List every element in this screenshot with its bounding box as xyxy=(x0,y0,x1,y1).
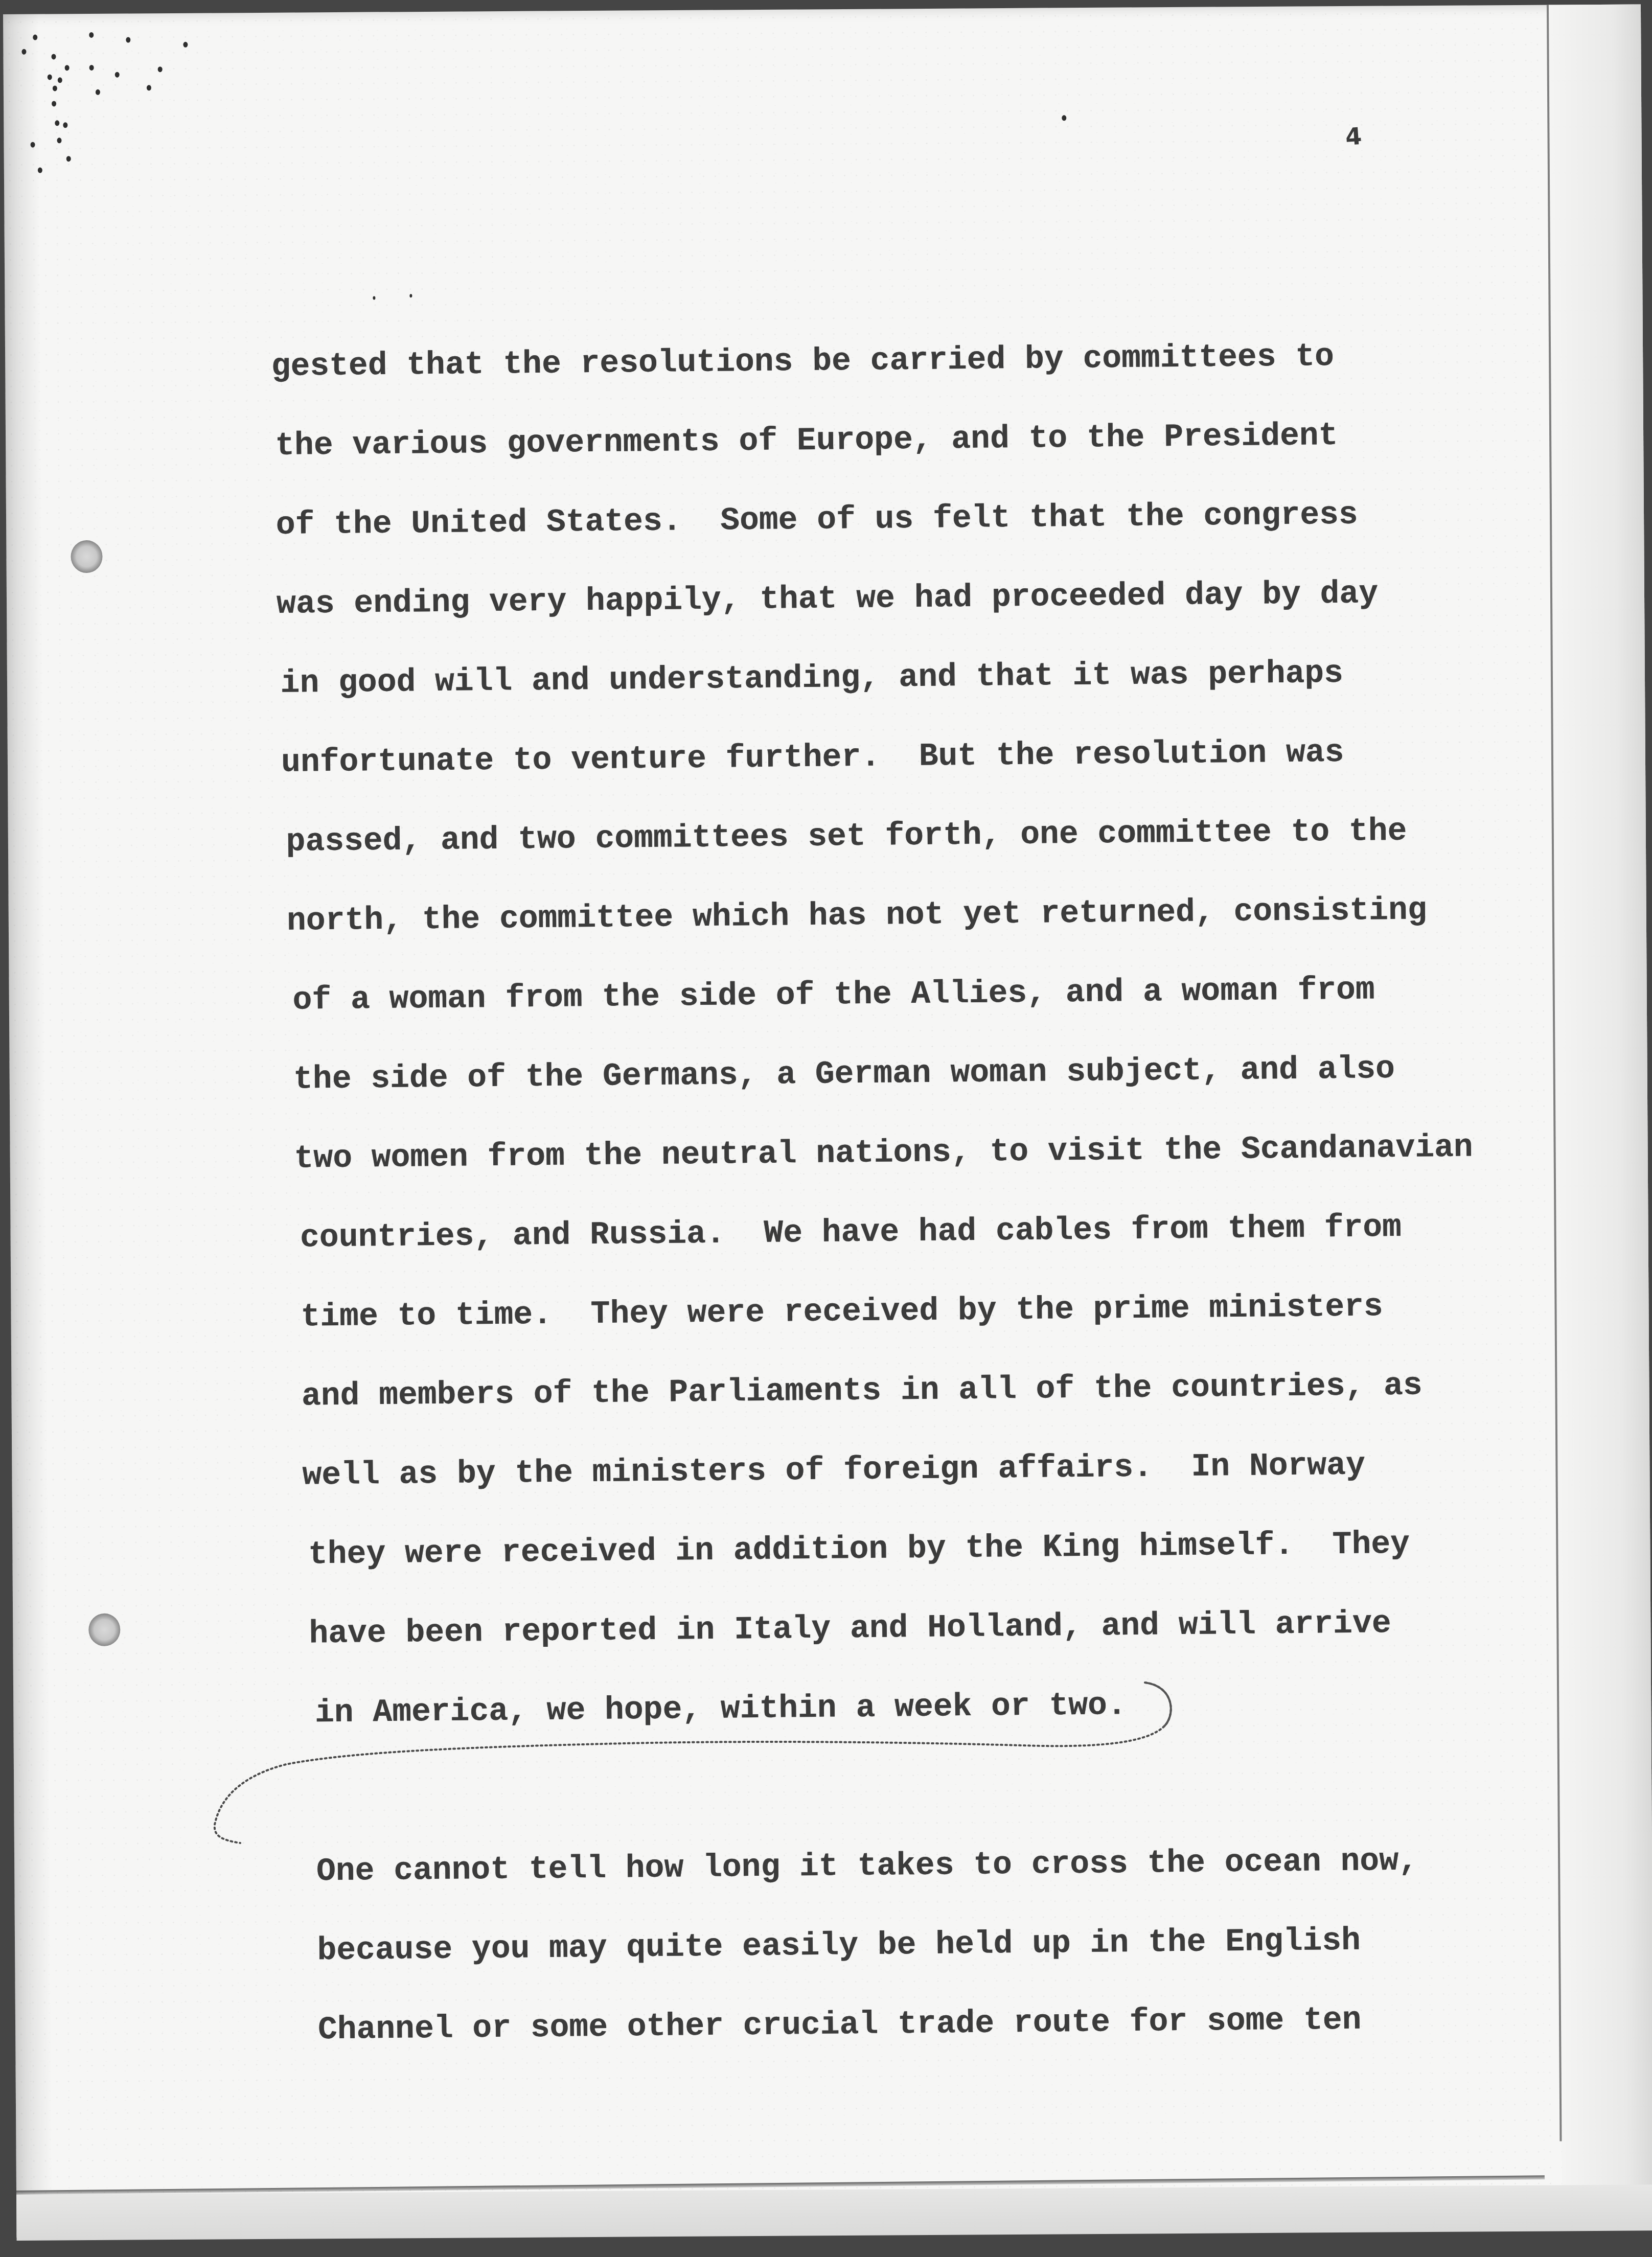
text-line: passed, and two committees set forth, on… xyxy=(276,791,1471,882)
text-line: time to time. They were received by the … xyxy=(280,1266,1475,1356)
ink-speckle xyxy=(373,296,375,300)
text-line: Channel or some other crucial trade rout… xyxy=(287,1979,1482,2069)
text-line: have been reported in Italy and Holland,… xyxy=(283,1583,1478,1673)
text-line: gested that the resolutions be carried b… xyxy=(271,316,1466,406)
ink-speckle xyxy=(52,101,56,106)
paragraph-gap xyxy=(285,1741,1480,1832)
text-line: of a woman from the side of the Allies, … xyxy=(277,950,1472,1040)
ink-speckle xyxy=(53,85,57,91)
text-line: in good will and understanding, and that… xyxy=(274,633,1469,723)
ink-speckle xyxy=(55,120,59,126)
ink-speckle xyxy=(96,89,100,95)
page-number: 4 xyxy=(1344,122,1363,151)
ink-speckle xyxy=(21,49,26,55)
text-line: well as by the ministers of foreign affa… xyxy=(282,1424,1477,1515)
ink-speckle xyxy=(38,168,42,173)
ink-speckle xyxy=(58,77,62,83)
ink-speckle xyxy=(63,122,67,128)
text-line: unfortunate to venture further. But the … xyxy=(274,712,1470,802)
text-line: and members of the Parliaments in all of… xyxy=(281,1345,1476,1436)
text-line: two women from the neutral nations, to v… xyxy=(279,1108,1474,1199)
ink-speckle xyxy=(89,32,94,38)
right-margin-strip xyxy=(1549,4,1652,2228)
ink-speckle xyxy=(115,72,120,78)
ink-speckle xyxy=(66,156,71,162)
ink-speckle xyxy=(183,42,188,48)
text-line: in America, we hope, within a week or tw… xyxy=(284,1662,1479,1753)
text-line: was ending very happily, that we had pro… xyxy=(273,554,1468,644)
text-line: the various governments of Europe, and t… xyxy=(271,395,1466,486)
text-line: the side of the Germans, a German woman … xyxy=(278,1029,1473,1119)
ink-speckle xyxy=(147,85,151,90)
ink-speckle xyxy=(48,74,52,80)
text-line: north, the committee which has not yet r… xyxy=(276,870,1471,961)
ink-speckle xyxy=(57,137,61,143)
ink-speckle xyxy=(409,294,412,297)
text-line: countries, and Russia. We have had cable… xyxy=(279,1187,1474,1277)
ink-speckle xyxy=(51,54,56,59)
ink-speckle xyxy=(1062,115,1066,121)
text-line: of the United States. Some of us felt th… xyxy=(272,474,1467,565)
ink-speckle xyxy=(89,65,94,71)
typed-body-text: gested that the resolutions be carried b… xyxy=(271,316,1482,2070)
text-line: they were received in addition by the Ki… xyxy=(282,1504,1477,1594)
ink-speckle xyxy=(126,37,130,42)
punch-hole-bottom xyxy=(88,1614,120,1646)
punch-hole-top xyxy=(71,540,102,573)
text-line: One cannot tell how long it takes to cro… xyxy=(285,1821,1480,1911)
ink-speckle xyxy=(31,142,35,148)
ink-speckle xyxy=(158,66,163,72)
ink-speckle xyxy=(65,65,70,71)
text-line: because you may quite easily be held up … xyxy=(286,1900,1481,1990)
ink-speckle xyxy=(33,35,37,40)
